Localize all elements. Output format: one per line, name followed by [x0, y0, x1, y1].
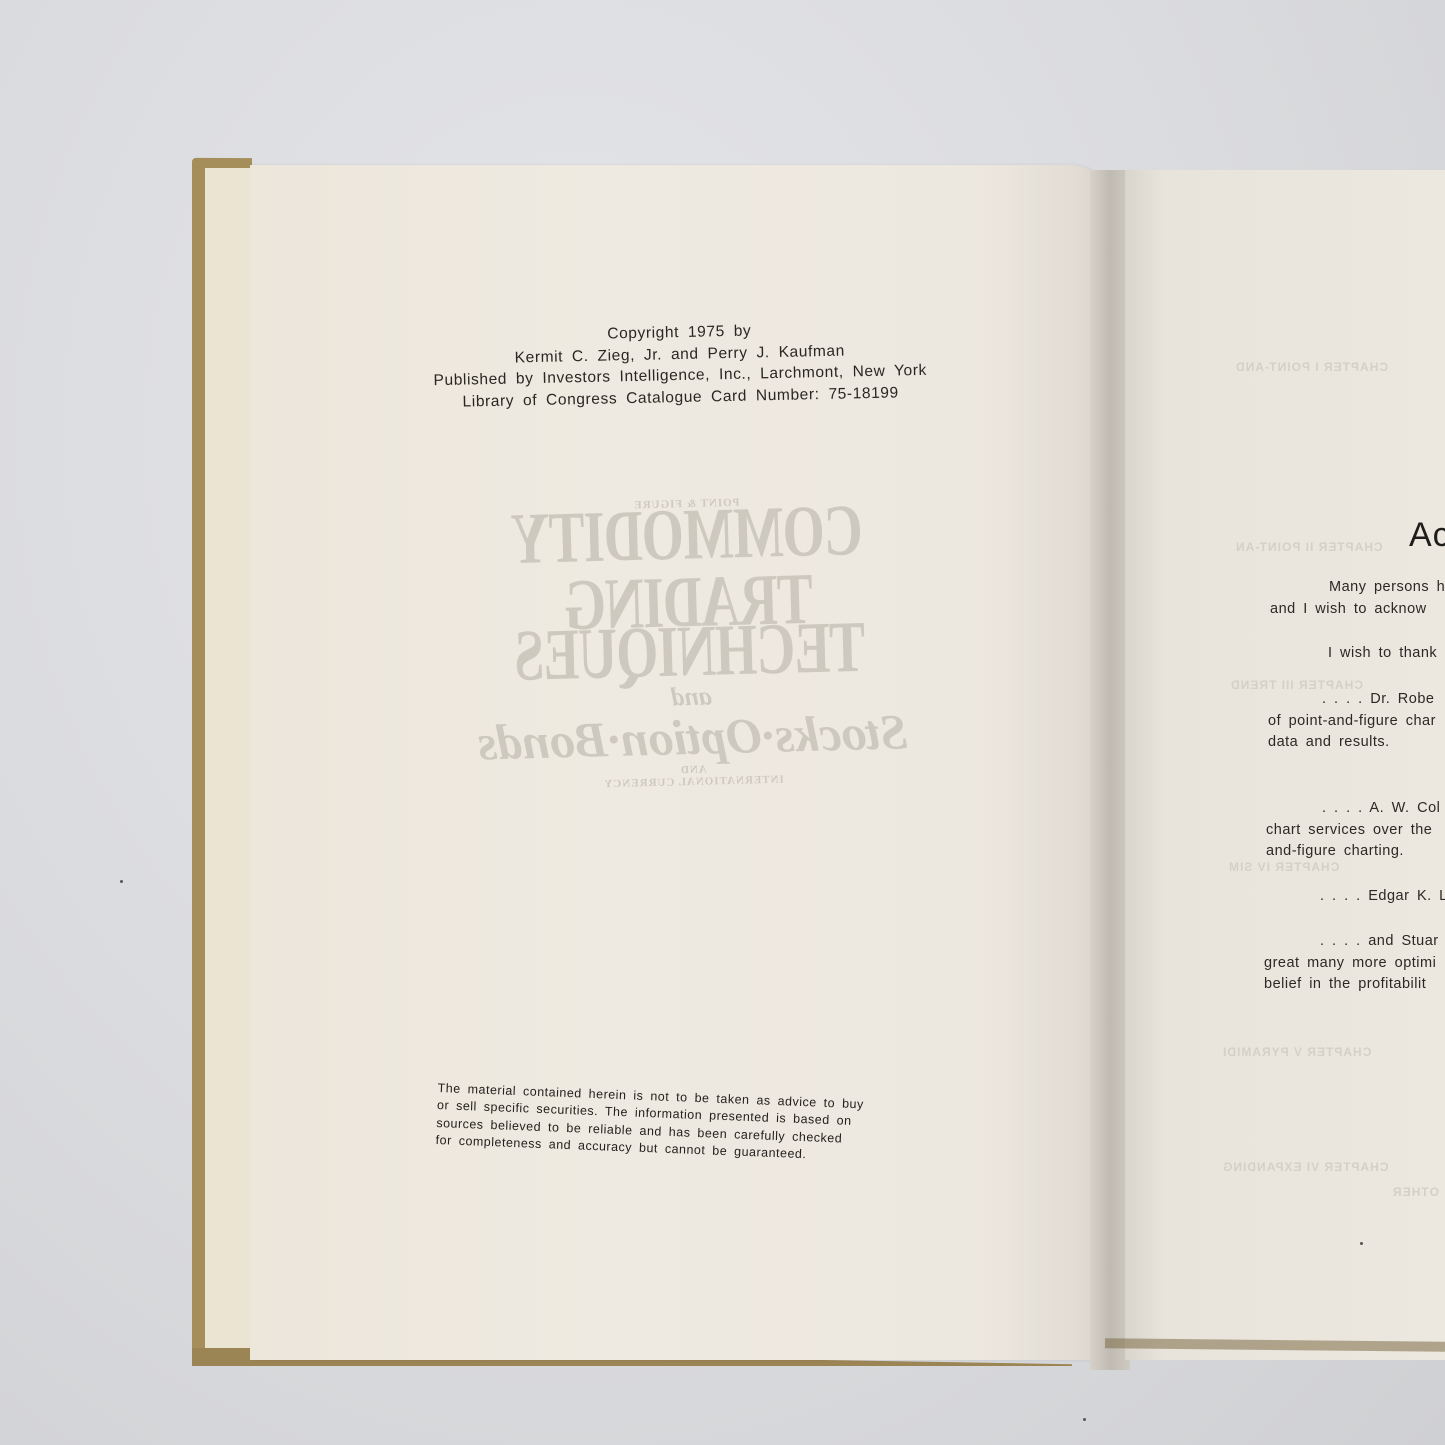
- ghost-line: OTHER: [1392, 1185, 1439, 1199]
- title-show-through: POINT & FIGURE COMMODITY TRADING TECHNIQ…: [451, 492, 928, 794]
- ghost-line: CHAPTER I POINT-AND: [1235, 360, 1388, 374]
- right-page-line: of point-and-figure char: [1268, 710, 1436, 732]
- book-gutter: [1090, 170, 1130, 1370]
- ghost-line: CHAPTER V PYRAMIDI: [1222, 1045, 1371, 1059]
- right-page-line: great many more optimi: [1264, 952, 1436, 974]
- dust-speck: [1083, 1418, 1086, 1421]
- right-page-line: and-figure charting.: [1266, 840, 1404, 862]
- show-through-title2: TECHNIQUES: [454, 611, 926, 691]
- ghost-line: CHAPTER VI EXPANDING: [1222, 1160, 1388, 1174]
- right-page-line: chart services over the: [1266, 819, 1432, 841]
- right-page-line: data and results.: [1268, 731, 1390, 753]
- dust-speck: [1360, 1242, 1363, 1245]
- endpaper: [205, 168, 255, 1348]
- right-page-line: Many persons ha: [1329, 576, 1445, 598]
- ghost-line: CHAPTER IV SIM: [1228, 860, 1339, 874]
- right-page-line: . . . . Edgar K. L: [1320, 885, 1445, 907]
- right-page: [1125, 170, 1445, 1360]
- right-page-line: . . . . A. W. Col: [1322, 797, 1440, 819]
- right-page-line: . . . . and Stuar: [1320, 930, 1439, 952]
- right-page-line: belief in the profitabilit: [1264, 973, 1426, 995]
- show-through-subtitle: Stocks·Option·Bonds: [457, 704, 928, 770]
- right-page-line: I wish to thank: [1328, 642, 1437, 664]
- right-page-line: and I wish to acknow: [1270, 598, 1427, 620]
- ghost-line: CHAPTER II POINT-AN: [1235, 540, 1383, 554]
- right-page-line: . . . . Dr. Robe: [1322, 688, 1434, 710]
- dust-speck: [120, 880, 123, 883]
- acknowledgments-headline: Ac: [1409, 516, 1445, 555]
- copyright-block: Copyright 1975 by Kermit C. Zieg, Jr. an…: [409, 316, 951, 413]
